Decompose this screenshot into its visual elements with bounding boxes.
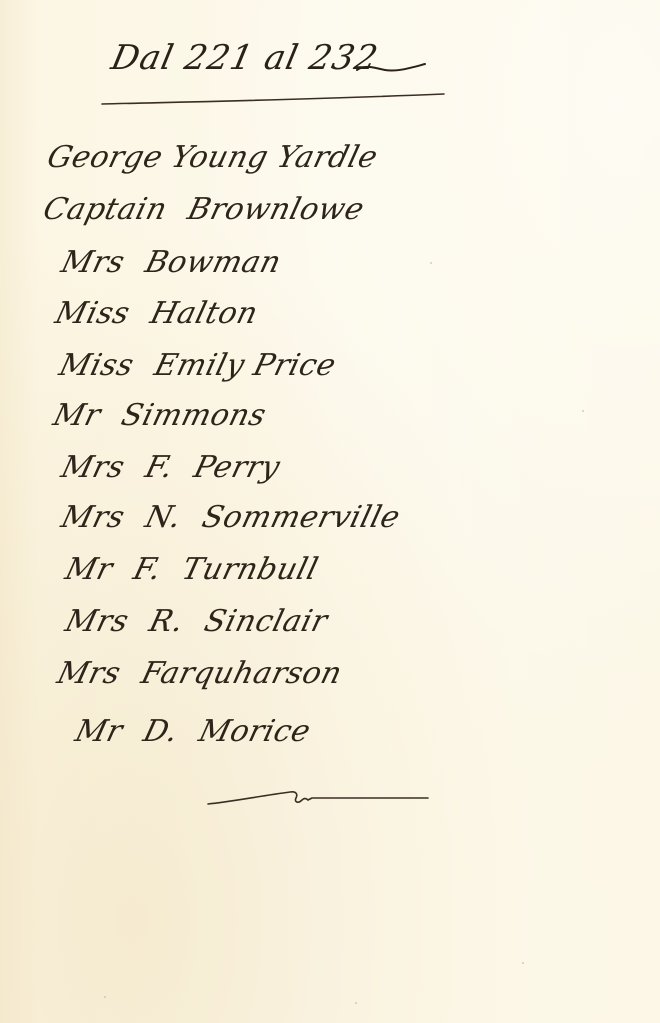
entry-name: Perry [190, 450, 283, 485]
entry-name: Sommerville [198, 500, 403, 535]
entry-title: Mrs [58, 245, 129, 280]
entry-name: Halton [147, 296, 262, 331]
entry-initial: N. [142, 500, 186, 535]
list-item: George Young Yardle [44, 140, 382, 175]
entry-title: Mr [72, 714, 127, 749]
list-item: MrsN.Sommerville [58, 500, 404, 535]
entry-name: Sinclair [201, 604, 331, 639]
paper-speck [104, 996, 106, 998]
entry-name: Emily Price [151, 348, 340, 383]
paper-speck [430, 262, 432, 264]
entry-title: Miss [56, 348, 138, 383]
names-list: George Young Yardle CaptainBrownlowe Mrs… [0, 0, 660, 1023]
closing-flourish-rule [200, 782, 432, 812]
entry-name: Farquharson [138, 656, 346, 691]
entry-title: Mrs [54, 656, 125, 691]
entry-name: Brownlowe [184, 192, 368, 227]
list-item: MrF.Turnbull [62, 552, 322, 587]
list-item: MrsBowman [58, 245, 285, 280]
entry-title: Mrs [58, 500, 129, 535]
entry-name: George Young Yardle [44, 140, 382, 175]
list-item: MrsFarquharson [54, 656, 346, 691]
entry-initial: F. [142, 450, 177, 485]
entry-initial: D. [140, 714, 182, 749]
list-item: MrsR.Sinclair [62, 604, 332, 639]
list-item: MrsF.Perry [58, 450, 284, 485]
entry-name: Simmons [118, 398, 270, 433]
entry-title: Mrs [62, 604, 133, 639]
list-item: MrSimmons [50, 398, 270, 433]
list-item: CaptainBrownlowe [40, 192, 368, 227]
entry-title: Mr [62, 552, 117, 587]
paper-speck [582, 410, 584, 412]
entry-initial: F. [130, 552, 165, 587]
entry-title: Mr [50, 398, 105, 433]
entry-name: Morice [195, 714, 314, 749]
list-item: MrD.Morice [72, 714, 315, 749]
entry-name: Turnbull [178, 552, 321, 587]
entry-initial: R. [146, 604, 188, 639]
entry-name: Bowman [142, 245, 285, 280]
entry-title: Miss [52, 296, 134, 331]
list-item: MissEmily Price [56, 348, 340, 383]
list-item: MissHalton [52, 296, 262, 331]
entry-title: Mrs [58, 450, 129, 485]
entry-title: Captain [40, 192, 171, 227]
paper-speck [355, 1002, 357, 1004]
document-page: Dal 221 al 232 George Young Yardle Capta… [0, 0, 660, 1023]
paper-speck [522, 962, 524, 964]
